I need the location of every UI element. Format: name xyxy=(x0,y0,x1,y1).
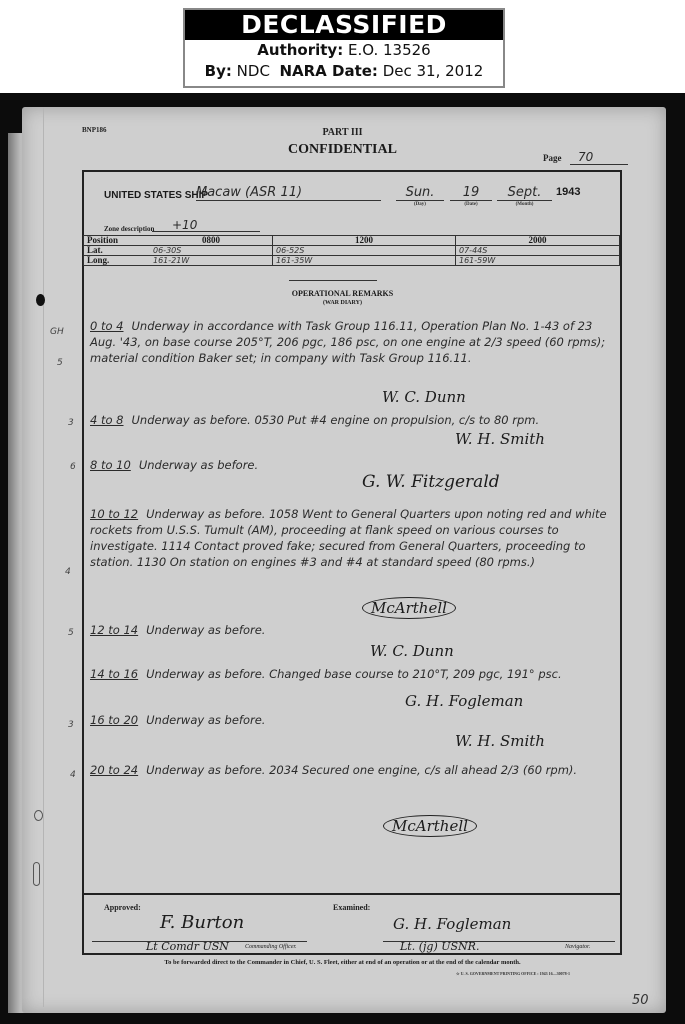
ship-name: Macaw (ASR 11) xyxy=(196,185,381,201)
navigator-signature-line xyxy=(383,941,615,942)
entry-text: Underway as before. 0530 Put #4 engine o… xyxy=(132,413,540,427)
part-label: PART III xyxy=(0,127,685,138)
margin-hours: 3 xyxy=(68,720,74,730)
entry-time: 14 to 16 xyxy=(90,667,138,681)
long-2000: 161-59W xyxy=(456,256,620,266)
margin-hours: 4 xyxy=(70,770,76,780)
co-signature-line xyxy=(92,941,307,942)
remarks-subtitle: (WAR DIARY) xyxy=(0,300,685,306)
entry-12-14: 12 to 14Underway as before. xyxy=(90,622,618,638)
entry-14-16: 14 to 16Underway as before. Changed base… xyxy=(90,666,618,682)
ship-label: UNITED STATES SHIP xyxy=(104,190,208,201)
signature: McArthell xyxy=(362,597,456,619)
entry-time: 4 to 8 xyxy=(90,413,124,427)
month-caption: (Month) xyxy=(497,202,552,207)
long-1200: 161-35W xyxy=(273,256,456,266)
signature: W. C. Dunn xyxy=(382,388,466,406)
section-divider xyxy=(289,280,377,281)
lat-label: Lat. xyxy=(84,246,151,256)
lat-row: Lat. 06-30S 06-52S 07-44S xyxy=(84,246,620,256)
long-row: Long. 161-21W 161-35W 161-59W xyxy=(84,256,620,266)
signature: W. C. Dunn xyxy=(370,642,454,660)
forwarding-instruction: To be forwarded direct to the Commander … xyxy=(0,959,685,966)
position-table: Position 0800 1200 2000 Lat. 06-30S 06-5… xyxy=(83,235,620,266)
margin-hours: 4 xyxy=(65,567,71,577)
navigator-caption: Navigator. xyxy=(565,944,590,950)
remarks-title: OPERATIONAL REMARKS xyxy=(0,289,685,298)
co-signature: F. Burton xyxy=(160,912,244,933)
entry-time: 0 to 4 xyxy=(90,319,124,333)
examined-label: Examined: xyxy=(333,903,370,912)
long-0800: 161-21W xyxy=(150,256,273,266)
ship-day: Sun. xyxy=(396,185,444,201)
co-caption: Commanding Officer. xyxy=(245,944,297,950)
long-label: Long. xyxy=(84,256,151,266)
entry-20-24: 20 to 24Underway as before. 2034 Secured… xyxy=(90,762,618,778)
binding-margin-line xyxy=(43,107,44,1007)
entry-8-10: 8 to 10Underway as before. xyxy=(90,457,618,473)
lat-2000: 07-44S xyxy=(456,246,620,256)
ship-date: 19 xyxy=(450,185,492,201)
margin-hours: 5 xyxy=(68,628,74,638)
signature: G. W. Fitzgerald xyxy=(362,472,500,492)
time-1200-header: 1200 xyxy=(273,236,456,246)
lat-0800: 06-30S xyxy=(150,246,273,256)
ship-month: Sept. xyxy=(497,185,552,201)
entry-text: Underway as before. xyxy=(139,458,258,472)
margin-initials: GH xyxy=(50,327,64,337)
entry-text: Underway as before. Changed base course … xyxy=(146,667,561,681)
entry-time: 20 to 24 xyxy=(90,763,138,777)
signature: McArthell xyxy=(383,815,477,837)
time-0800-header: 0800 xyxy=(150,236,273,246)
entry-text: Underway as before. xyxy=(146,713,265,727)
page-number: 70 xyxy=(570,150,628,165)
navigator-signature: G. H. Fogleman xyxy=(393,915,511,933)
time-2000-header: 2000 xyxy=(456,236,620,246)
date-caption: (Date) xyxy=(450,202,492,207)
declassified-stamp: DECLASSIFIED Authority: E.O. 13526 By: N… xyxy=(183,8,505,88)
entry-time: 12 to 14 xyxy=(90,623,138,637)
margin-hours: 6 xyxy=(70,462,76,472)
margin-hours: 3 xyxy=(68,418,74,428)
entry-text: Underway as before. xyxy=(146,623,265,637)
stamp-title: DECLASSIFIED xyxy=(185,10,503,40)
zone-label: Zone description xyxy=(104,225,154,233)
archive-page-number: 50 xyxy=(632,993,649,1008)
signature: W. H. Smith xyxy=(455,430,545,448)
entry-time: 16 to 20 xyxy=(90,713,138,727)
position-header: Position xyxy=(84,236,151,246)
day-caption: (Day) xyxy=(396,202,444,207)
entry-text: Underway as before. 2034 Secured one eng… xyxy=(146,763,577,777)
signature: W. H. Smith xyxy=(455,732,545,750)
zone-value: +10 xyxy=(152,218,260,232)
position-header-row: Position 0800 1200 2000 xyxy=(84,236,620,246)
stamp-authority: Authority: E.O. 13526 xyxy=(185,40,503,61)
entry-time: 10 to 12 xyxy=(90,507,138,521)
ship-year: 1943 xyxy=(556,186,580,198)
signature: G. H. Fogleman xyxy=(405,692,523,710)
printer-imprint: ☆ U. S. GOVERNMENT PRINTING OFFICE : 194… xyxy=(456,971,570,976)
binder-clip-icon xyxy=(33,862,40,886)
approved-label: Approved: xyxy=(104,903,141,912)
entry-time: 8 to 10 xyxy=(90,458,131,472)
entry-10-12: 10 to 12Underway as before. 1058 Went to… xyxy=(90,506,618,570)
entry-text: Underway as before. 1058 Went to General… xyxy=(90,507,607,569)
entry-4-8: 4 to 8Underway as before. 0530 Put #4 en… xyxy=(90,412,618,428)
entry-0-4: 0 to 4Underway in accordance with Task G… xyxy=(90,318,618,366)
margin-hours: 5 xyxy=(57,358,63,368)
entry-text: Underway in accordance with Task Group 1… xyxy=(90,319,605,365)
lat-1200: 06-52S xyxy=(273,246,456,256)
entry-16-20: 16 to 20Underway as before. xyxy=(90,712,618,728)
stamp-by-nara: By: NDC NARA Date: Dec 31, 2012 xyxy=(185,61,503,82)
page-label: Page xyxy=(543,153,562,163)
binder-ring-icon xyxy=(34,810,43,821)
